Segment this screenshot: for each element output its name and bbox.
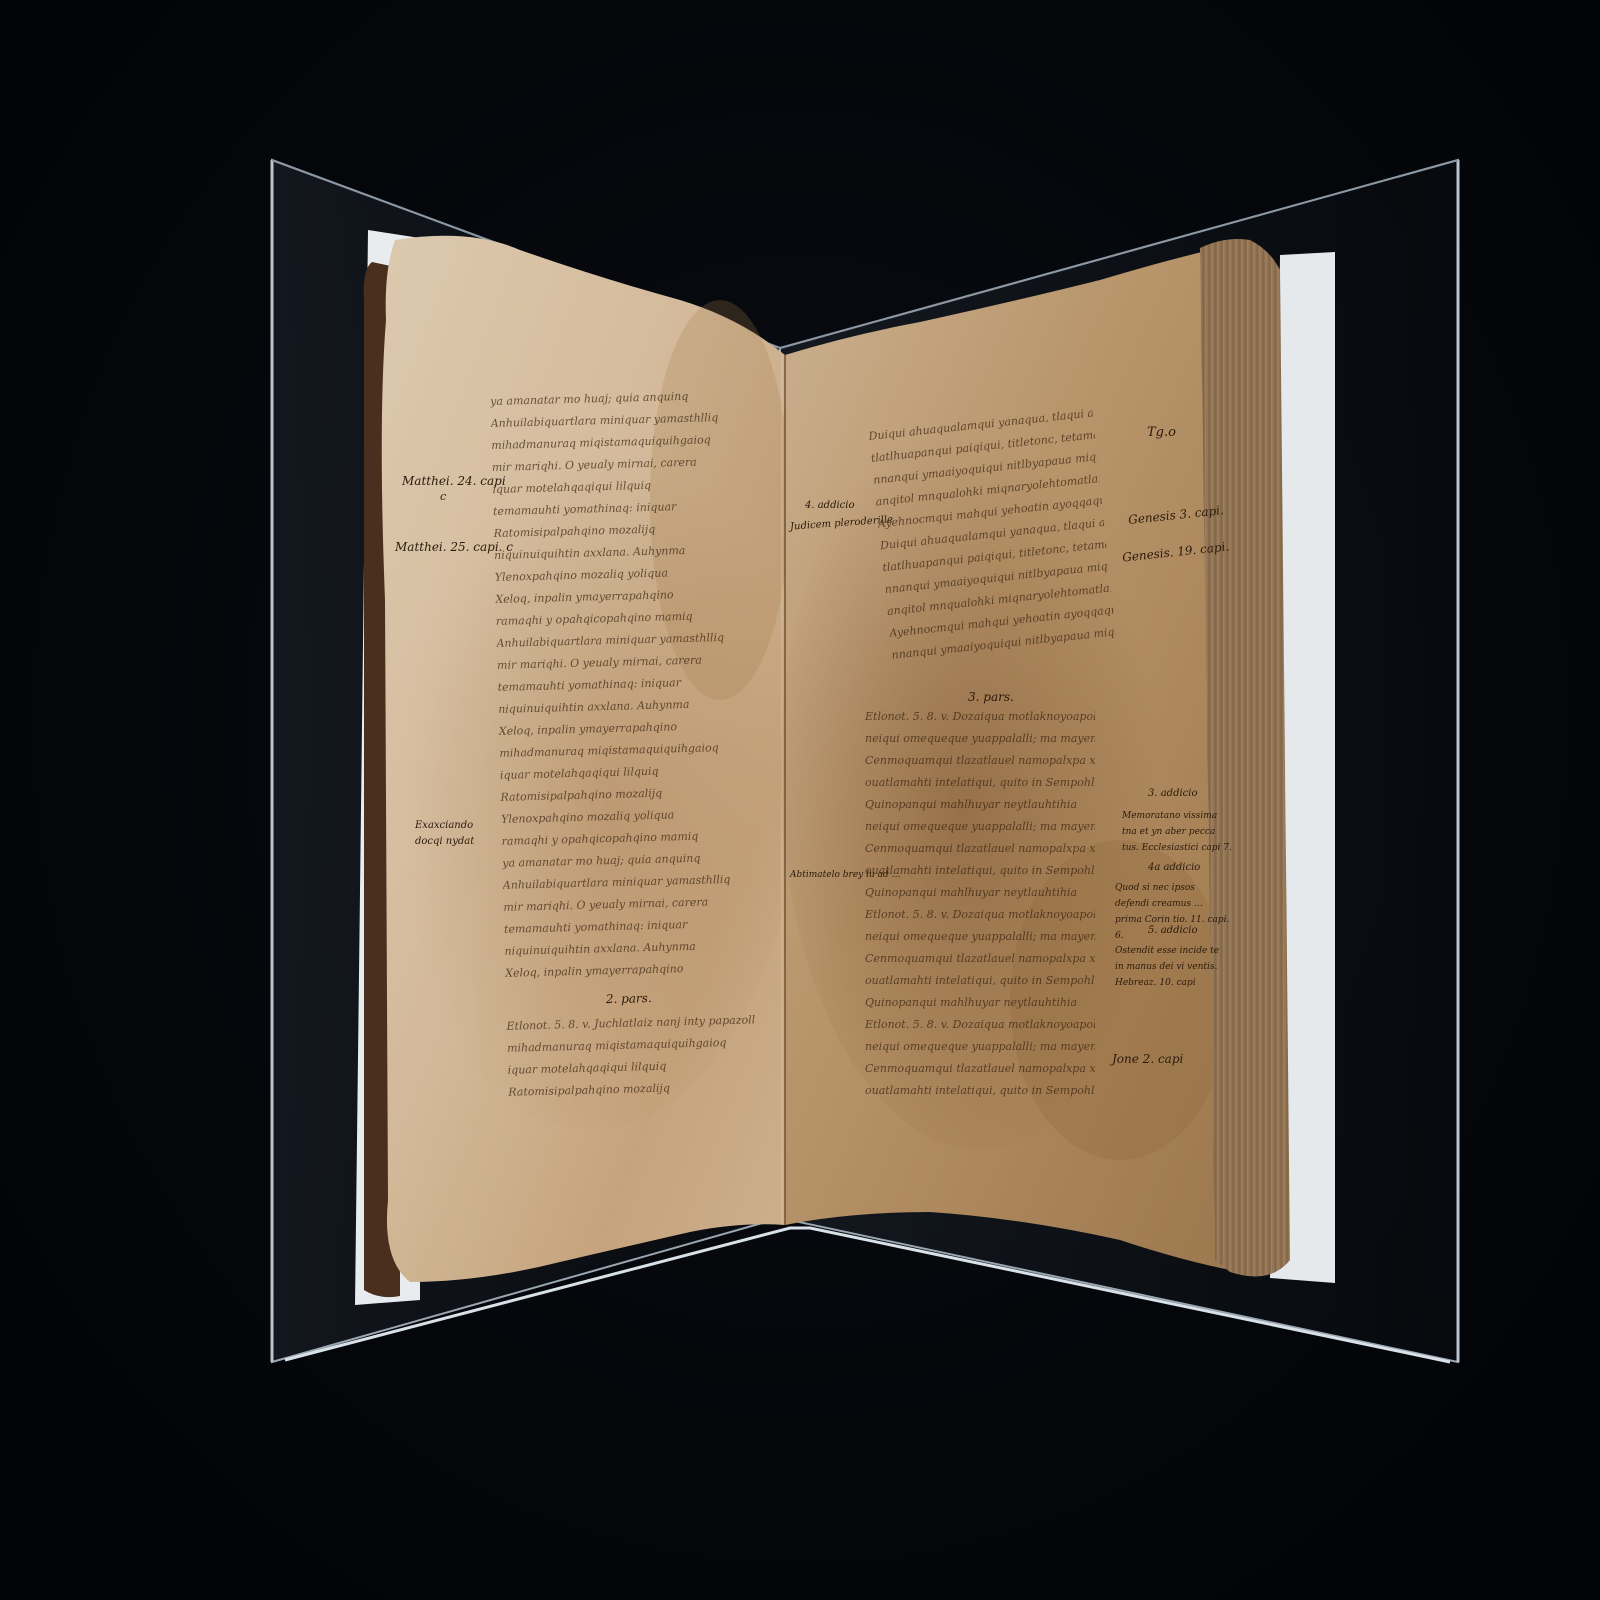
margin-note-jone-2: Jone 2. capi	[1112, 1052, 1183, 1066]
text-line: neiqui omequeque yuappalalli; ma mayemao…	[865, 732, 1095, 745]
text-line: Etlonot. 5. 8. v. Dozaiqua motlaknoyoapo…	[865, 710, 1095, 723]
margin-note-addicio-5: 5. addicio	[1148, 925, 1198, 936]
text-line: Quinopanqui mahlhuyar neytlauhtihia	[865, 996, 1095, 1009]
margin-note-addicio-4: 4. addicio	[805, 500, 855, 511]
margin-note-matthew-25: Matthei. 25. capi. c	[395, 540, 513, 554]
section-heading-3: 3. pars.	[968, 690, 1014, 704]
margin-note-matthew-24: Matthei. 24. capi	[402, 474, 506, 488]
margin-note-memoratano: Memoratano vissima tna et yn aber pecca …	[1122, 808, 1232, 856]
text-line: neiqui omequeque yuappalalli; ma mayemao…	[865, 820, 1095, 833]
manuscript-photo	[0, 0, 1600, 1600]
margin-note-ostendit: Ostendit esse incide te in manus dei vi …	[1115, 943, 1230, 991]
text-line: ouatlamahti intelatiqui, quito in Sempoh…	[865, 776, 1095, 789]
section-heading: 2. pars.	[606, 991, 652, 1006]
margin-note-exaxciando-sub: docqi nydat	[415, 836, 474, 847]
text-line: Cenmoquamqui tlazatlauel namopalxpa xina…	[865, 754, 1095, 767]
margin-note-addicio-4a: 4a addicio	[1148, 862, 1200, 873]
text-line: neiqui omequeque yuappalalli; ma mayemao…	[865, 930, 1095, 943]
text-line: Cenmoquamqui tlazatlauel namopalxpa xina…	[865, 952, 1095, 965]
margin-note-exaxciando: Exaxciando	[415, 820, 473, 831]
margin-note-addicio-3: 3. addicio	[1148, 788, 1198, 799]
margin-note-matthew-24-sub: c	[440, 490, 446, 503]
page-block-edges	[1200, 239, 1290, 1276]
text-line: Etlonot. 5. 8. v. Dozaiqua motlaknoyoapo…	[865, 1018, 1095, 1031]
text-line: Quinopanqui mahlhuyar neytlauhtihia	[865, 798, 1095, 811]
text-line: ouatlamahti intelatiqui, quito in Sempoh…	[865, 974, 1095, 987]
text-line: Quinopanqui mahlhuyar neytlauhtihia	[865, 886, 1095, 899]
text-line: Cenmoquamqui tlazatlauel namopalxpa xina…	[865, 842, 1095, 855]
text-line: Etlonot. 5. 8. v. Dozaiqua motlaknoyoapo…	[865, 908, 1095, 921]
text-line: neiqui omequeque yuappalalli; ma mayemao…	[865, 1040, 1095, 1053]
corner-mark: Tg.o	[1147, 425, 1176, 440]
margin-note-abtimatelo: Abtimatelo brey lu ad …	[790, 870, 901, 880]
text-line: Cenmoquamqui tlazatlauel namopalxpa xina…	[865, 1062, 1095, 1075]
text-line: ouatlamahti intelatiqui, quito in Sempoh…	[865, 1084, 1095, 1097]
photo-background: ya amanatar mo huaj; quia anquinq Anhuil…	[0, 0, 1600, 1600]
